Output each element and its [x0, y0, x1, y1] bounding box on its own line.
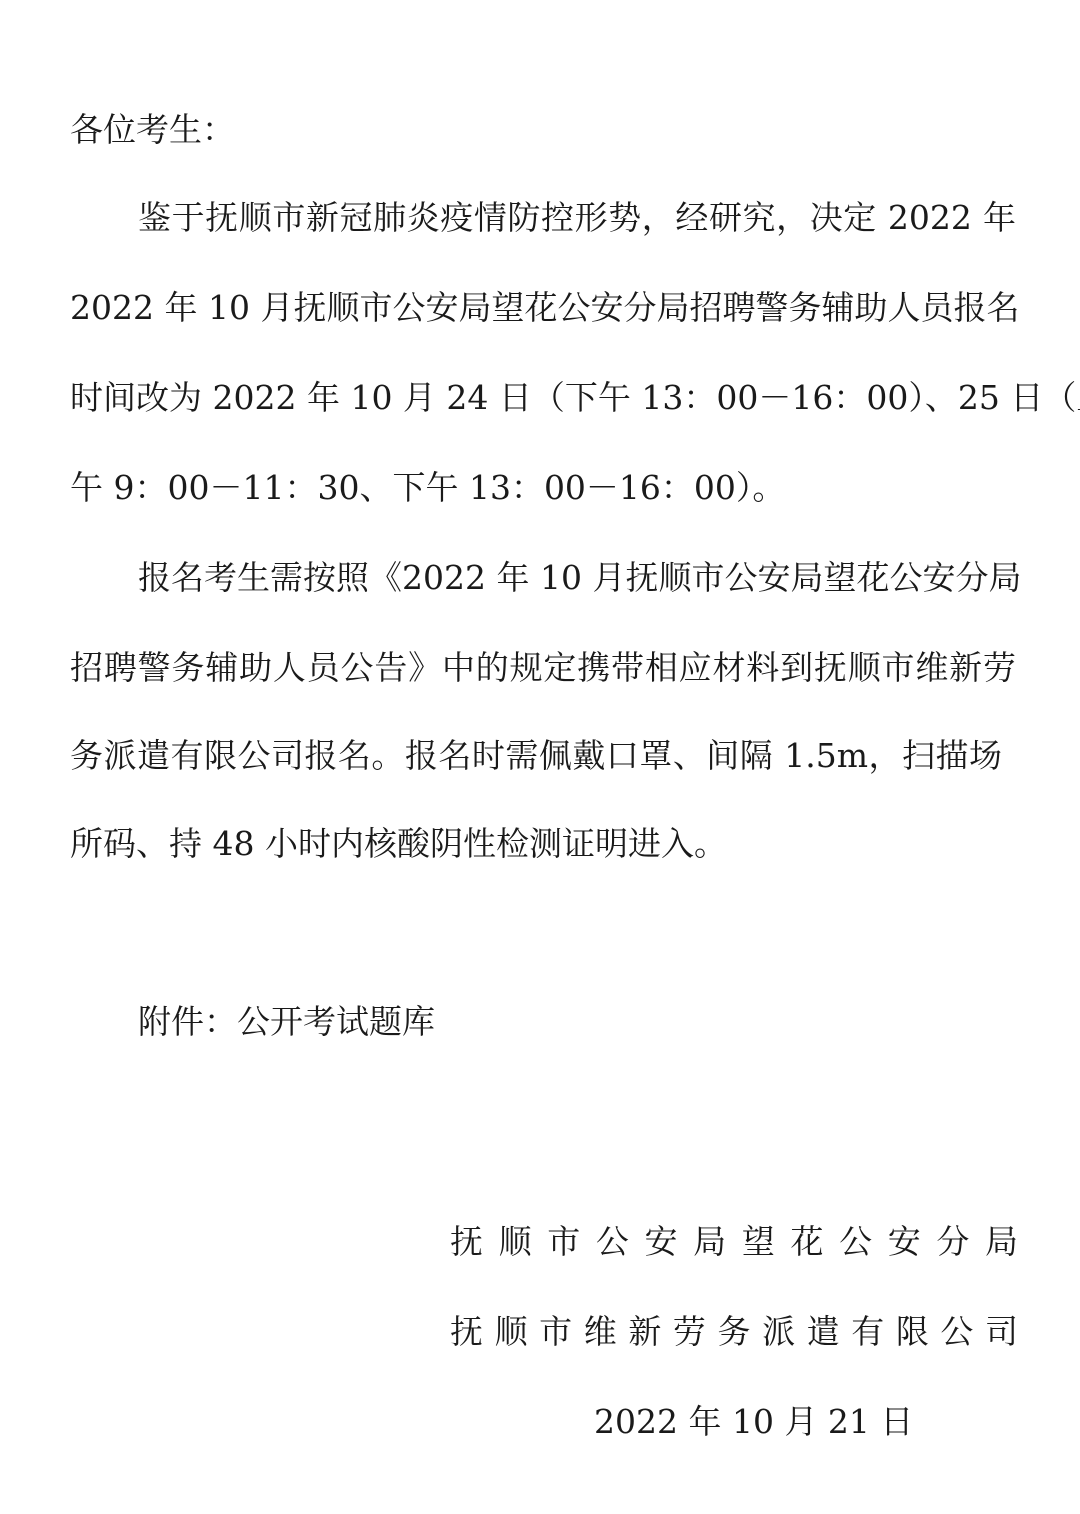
paragraph-line: 鉴于抚顺市新冠肺炎疫情防控形势，经研究，决定 2022 年	[138, 198, 1016, 238]
salutation: 各位考生：	[70, 110, 235, 150]
signature-date: 2022 年 10 月 21 日	[594, 1402, 913, 1442]
signature-org-police: 抚顺市公安局望花公安分局	[450, 1222, 1018, 1262]
attachment-label: 附件：公开考试题库	[138, 1002, 435, 1042]
paragraph-line: 招聘警务辅助人员公告》中的规定携带相应材料到抚顺市维新劳	[70, 648, 1016, 688]
paragraph-line: 务派遣有限公司报名。报名时需佩戴口罩、间隔 1.5m，扫描场	[70, 736, 1002, 776]
paragraph-line: 所码、持 48 小时内核酸阴性检测证明进入。	[70, 824, 727, 864]
signature-org-company: 抚顺市维新劳务派遣有限公司	[450, 1312, 1018, 1352]
paragraph-line: 午 9：00－11：30、下午 13：00－16：00）。	[70, 468, 785, 508]
paragraph-line: 2022 年 10 月抚顺市公安局望花公安分局招聘警务辅助人员报名	[70, 288, 1016, 328]
paragraph-line: 报名考生需按照《2022 年 10 月抚顺市公安局望花公安分局	[138, 558, 1016, 598]
paragraph-line: 时间改为 2022 年 10 月 24 日（下午 13：00－16：00）、25…	[70, 378, 1016, 418]
